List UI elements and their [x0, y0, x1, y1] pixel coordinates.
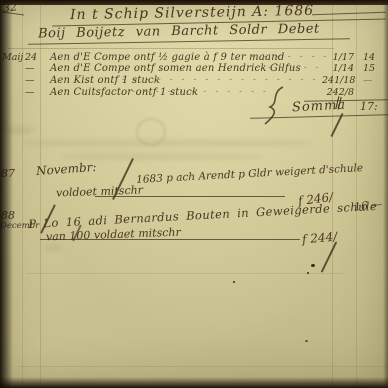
column-rule-left-inner	[40, 0, 41, 388]
table-top-rule	[8, 48, 334, 49]
entry-text: Aen d'E Compe ontf ½ gagie à f 9 ter maa…	[50, 52, 284, 63]
posting-date-word: Novembr:	[36, 160, 97, 178]
somma-brace-flourish	[263, 86, 287, 126]
amount-guilders: 1/17	[326, 52, 354, 63]
ink-speck	[233, 281, 235, 283]
somma-total: 17:	[360, 100, 378, 113]
page-edge-top	[0, 0, 388, 5]
ink-speck	[307, 272, 309, 274]
page-edge-bottom	[0, 377, 388, 388]
dot-leader: - - - - - - - - - - - - - - - - -	[122, 75, 330, 85]
amount-guilders: 1/14	[326, 63, 354, 74]
header-dash-rule	[312, 12, 386, 16]
page-edge-right	[383, 0, 388, 388]
entry-margin-day: —	[25, 87, 35, 98]
ink-bleed-smudge	[22, 139, 312, 147]
ink-speck	[311, 264, 315, 267]
faint-ledger-rule	[26, 273, 344, 274]
ink-speck	[305, 340, 308, 342]
posting-underline	[95, 196, 285, 197]
cancellation-stroke	[321, 241, 338, 272]
entry-margin-day: —	[25, 75, 35, 86]
dot-leader: - - - - - - -	[252, 52, 330, 62]
faint-ledger-rule	[18, 366, 388, 367]
posting-line1: 1683 p ach Arendt p Gldr weigert d'schul…	[136, 162, 363, 186]
column-rule-right	[356, 0, 357, 388]
posting-line2: voldoet mitschr	[56, 183, 143, 199]
ink-bleed-smudge	[62, 153, 262, 160]
posting-underline	[40, 239, 300, 240]
ledger-page-photo: 32 In t Schip Silversteijn A: 1686 Boij …	[0, 0, 388, 388]
entry-margin-day: 24	[25, 52, 37, 63]
amount-guilders: 241/18	[322, 75, 354, 86]
dot-leader: - - - - - -	[256, 63, 330, 73]
entry-margin-day: —	[25, 63, 35, 74]
page-edge-left	[0, 0, 13, 388]
ink-bleed-smudge	[46, 244, 62, 252]
